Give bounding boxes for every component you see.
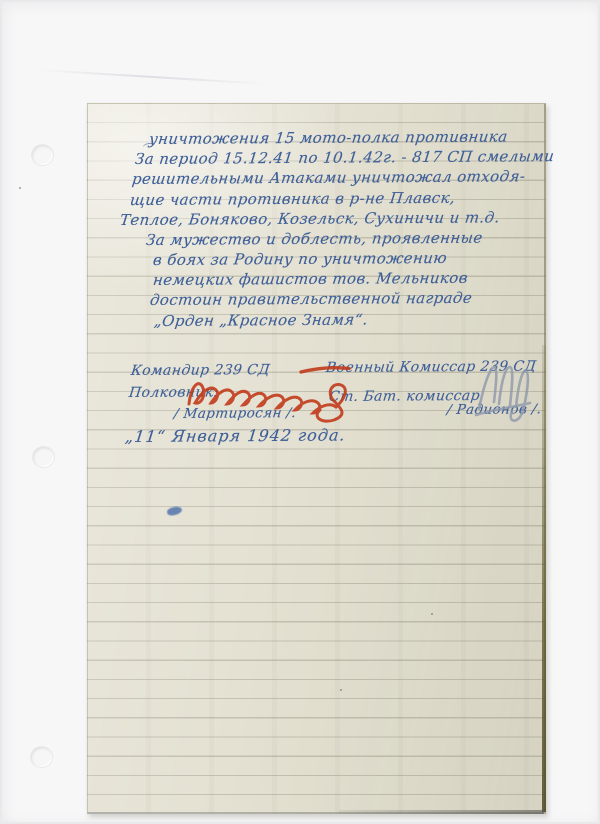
page-edge-shadow xyxy=(542,345,546,812)
scan-crease xyxy=(38,69,268,85)
handwritten-line: Теплое, Боняково, Козельск, Сухиничи и т… xyxy=(119,208,501,229)
handwritten-line: в боях за Родину по уничтожению xyxy=(152,249,448,269)
page-edge-shadow xyxy=(339,810,544,814)
dust-speck xyxy=(340,689,342,691)
pencil-signature xyxy=(466,357,538,427)
handwritten-line: За мужество и доблесть, проявленные xyxy=(145,229,484,249)
punch-hole xyxy=(32,446,55,468)
handwritten-line: достоин правительственной награде xyxy=(149,289,473,309)
handwritten-line: щие части противника в р-не Плавск, xyxy=(129,189,456,209)
handwritten-line: немецких фашистов тов. Мельников xyxy=(152,269,469,289)
ink-blot xyxy=(166,505,182,516)
handwritten-line: решительными Атаками уничтожал отходя- xyxy=(131,167,526,188)
date-line: „11“ Января 1942 года. xyxy=(124,425,347,446)
dust-speck xyxy=(431,613,433,615)
handwritten-line: „Орден „Красное Знамя“. xyxy=(153,311,369,330)
handwritten-line: За период 15.12.41 по 10.1.42г. - 817 СП… xyxy=(134,147,555,168)
punch-hole xyxy=(31,144,54,166)
dust-speck xyxy=(19,187,21,189)
document-page: уничтожения 15 мото-полка противника За … xyxy=(87,103,546,814)
red-pencil-signature xyxy=(183,362,353,426)
scanned-document: уничтожения 15 мото-полка противника За … xyxy=(0,0,600,824)
handwritten-line: уничтожения 15 мото-полка противника xyxy=(148,127,509,148)
punch-hole xyxy=(30,746,53,768)
